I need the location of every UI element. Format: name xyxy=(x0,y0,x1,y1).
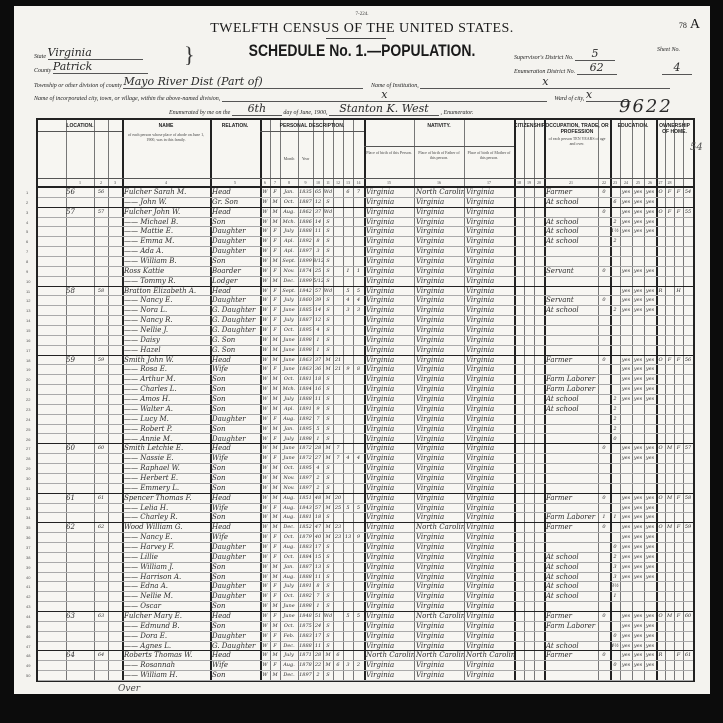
line-number: 27 xyxy=(26,446,30,451)
sheet-prefix: 78 xyxy=(679,21,687,30)
title-divider xyxy=(326,38,386,39)
enumeration-value: 62 xyxy=(590,61,604,74)
enumerated-field: Enumerated by me on the 6th day of June,… xyxy=(169,102,473,116)
header-education: EDUCATION. xyxy=(610,123,656,129)
line-number: 11 xyxy=(26,289,30,294)
supervisor-field: Supervisor's District No. 5 xyxy=(514,47,615,61)
column-number: 11 xyxy=(323,180,333,185)
stamp-number: 9622 xyxy=(619,96,673,117)
column-number: 15 xyxy=(364,180,414,185)
line-number: 31 xyxy=(26,486,30,491)
header-occupation-desc: of each person TEN YEARS of age and over… xyxy=(546,136,608,146)
header-ownership: OWNERSHIP OF HOME. xyxy=(656,123,693,135)
column-number: 16 xyxy=(414,180,464,185)
column-number: 10 xyxy=(313,180,323,185)
line-number: 4 xyxy=(26,220,28,225)
column-number: 17 xyxy=(464,180,514,185)
column-number: 26 xyxy=(644,180,656,185)
line-number: 19 xyxy=(26,367,30,372)
column-number: 23 xyxy=(610,180,620,185)
line-number: 40 xyxy=(26,575,30,580)
sheet-identifier: 78A xyxy=(679,17,700,33)
header-nativity-father: Place of birth of Father of this person. xyxy=(416,150,462,160)
line-number: 47 xyxy=(26,644,30,649)
cell-race: W xyxy=(260,670,270,681)
column-number: 7 xyxy=(270,180,280,185)
line-number: 34 xyxy=(26,515,30,520)
column-number: 19 xyxy=(524,180,534,185)
line-number: 10 xyxy=(26,279,30,284)
line-number: 6 xyxy=(26,239,28,244)
line-number: 7 xyxy=(26,249,28,254)
column-number: 9 xyxy=(298,180,313,185)
line-number: 23 xyxy=(26,407,30,412)
column-number: 2 xyxy=(94,180,108,185)
line-number: 44 xyxy=(26,614,30,619)
county-value: Patrick xyxy=(53,60,93,73)
line-number: 42 xyxy=(26,594,30,599)
line-number: 37 xyxy=(26,545,30,550)
supervisor-value: 5 xyxy=(591,47,598,60)
line-number: 50 xyxy=(26,673,30,678)
column-number: 20 xyxy=(534,180,544,185)
ward-value: x xyxy=(586,88,592,101)
column-number: 18 xyxy=(514,180,524,185)
sheet-no-value-field: 4 xyxy=(662,61,692,75)
header-location: LOCATION. xyxy=(38,123,122,129)
cell-name: —— William H. xyxy=(124,670,210,681)
column-number: 25 xyxy=(632,180,644,185)
cell-mother: Virginia xyxy=(466,670,514,681)
cell-father: Virginia xyxy=(416,670,464,681)
column-number: 13 xyxy=(343,180,353,185)
cell-birth: Virginia xyxy=(366,670,414,681)
county-label: County xyxy=(34,68,51,74)
header-occupation: OCCUPATION, TRADE, OR PROFESSION xyxy=(544,123,610,135)
enumerator-name: Stanton K. West xyxy=(339,102,428,115)
line-number: 46 xyxy=(26,634,30,639)
enumeration-district-field: Enumeration District No. 62 xyxy=(514,61,617,75)
line-number: 48 xyxy=(26,653,30,658)
column-number: 6 xyxy=(260,180,270,185)
header-name-desc: of each person whose place of abode on J… xyxy=(126,132,206,142)
sheet-no-value: 4 xyxy=(674,61,681,74)
cell-marital: S xyxy=(323,670,333,681)
line-number: 35 xyxy=(26,525,30,530)
line-number: 41 xyxy=(26,584,30,589)
line-number: 43 xyxy=(26,604,30,609)
cell-sex: M xyxy=(270,670,280,681)
table-row: 50—— William H.SonWMDec.18972SVirginiaVi… xyxy=(38,670,693,681)
line-number: 15 xyxy=(26,328,30,333)
header-citizenship: CITIZENSHIP. xyxy=(514,123,544,129)
column-number: 27 xyxy=(656,180,665,185)
state-value: Virginia xyxy=(48,46,92,59)
enumerator-label: , Enumerator. xyxy=(440,110,473,116)
column-number: 1 xyxy=(66,180,94,185)
line-number: 33 xyxy=(26,506,30,511)
header-relation: RELATION. xyxy=(210,123,260,129)
header-nativity: NATIVITY. xyxy=(364,123,514,129)
margin-note: 54 xyxy=(690,142,703,153)
enumerated-day: 6th xyxy=(248,102,267,115)
line-number: 30 xyxy=(26,476,30,481)
line-number: 3 xyxy=(26,210,28,215)
column-number: 3 xyxy=(108,180,122,185)
population-table: LOCATION. NAME of each person whose plac… xyxy=(36,118,695,682)
header-nativity-mother: Place of birth of Mother of this person. xyxy=(466,150,512,160)
line-number: 22 xyxy=(26,397,30,402)
form-number: 7-224. xyxy=(14,12,710,17)
line-number: 8 xyxy=(26,259,28,264)
ward-label: Ward of city, xyxy=(554,96,584,102)
institution-value: x xyxy=(542,75,548,88)
brace-left: } xyxy=(184,42,195,68)
enumerated-prefix: Enumerated by me on the xyxy=(169,110,230,116)
census-sheet: 7-224. TWELFTH CENSUS OF THE UNITED STAT… xyxy=(14,6,710,694)
cell-age: 2 xyxy=(313,670,323,681)
line-number: 21 xyxy=(26,387,30,392)
line-number: 9 xyxy=(26,269,28,274)
county-field: County Patrick xyxy=(34,60,148,74)
line-number: 13 xyxy=(26,308,30,313)
document-title: TWELFTH CENSUS OF THE UNITED STATES. xyxy=(14,21,710,37)
column-number: 21 xyxy=(544,180,598,185)
header-personal-description: PERSONAL DESCRIPTION. xyxy=(260,123,364,129)
line-number: 14 xyxy=(26,318,30,323)
column-number: 14 xyxy=(353,180,364,185)
header-nativity-person: Place of birth of this Person. xyxy=(366,150,412,155)
city-value: x xyxy=(381,88,387,101)
column-number: 12 xyxy=(333,180,343,185)
line-number: 18 xyxy=(26,358,30,363)
column-number: 28 xyxy=(665,180,674,185)
sheet-letter: A xyxy=(690,17,700,32)
township-field: Township or other division of county May… xyxy=(34,75,670,89)
line-number: 12 xyxy=(26,298,30,303)
line-number: 39 xyxy=(26,565,30,570)
line-number: 29 xyxy=(26,466,30,471)
line-number: 17 xyxy=(26,348,30,353)
sheet-no-label: Sheet No. xyxy=(657,47,680,53)
column-number: 22 xyxy=(598,180,610,185)
line-number: 25 xyxy=(26,427,30,432)
column-number: 24 xyxy=(620,180,632,185)
column-number: 8 xyxy=(280,180,298,185)
line-number: 24 xyxy=(26,417,30,422)
header-divider xyxy=(364,146,514,147)
line-number: 1 xyxy=(26,190,28,195)
line-number: 28 xyxy=(26,456,30,461)
column-number: 4 xyxy=(122,180,210,185)
header-name: NAME xyxy=(122,123,210,129)
header-divider xyxy=(260,131,364,132)
cell-year: 1897 xyxy=(298,670,313,681)
cell-month: Dec. xyxy=(280,670,298,681)
line-number: 26 xyxy=(26,437,30,442)
header-birth-month: Month xyxy=(280,156,298,161)
enumerated-suffix: day of June, 1900, xyxy=(283,110,327,116)
header-birth-year: Year xyxy=(298,156,313,161)
header-divider xyxy=(38,131,122,132)
state-field: State Virginia xyxy=(34,46,143,60)
cell-relation: Son xyxy=(212,670,260,681)
line-number: 20 xyxy=(26,377,30,382)
line-number: 2 xyxy=(26,200,28,205)
header-divider xyxy=(38,178,693,179)
line-number: 45 xyxy=(26,624,30,629)
city-field: Name of incorporated city, town, or vill… xyxy=(34,88,631,102)
line-number: 32 xyxy=(26,496,30,501)
line-number: 36 xyxy=(26,535,30,540)
sheet-no-field: Sheet No. xyxy=(657,47,680,53)
township-value: Mayo River Dist (Part of) xyxy=(123,75,262,88)
line-number: 38 xyxy=(26,555,30,560)
footer-note: Over xyxy=(118,684,140,694)
line-number: 49 xyxy=(26,663,30,668)
line-number: 16 xyxy=(26,338,30,343)
column-number: 5 xyxy=(210,180,260,185)
line-number: 5 xyxy=(26,229,28,234)
